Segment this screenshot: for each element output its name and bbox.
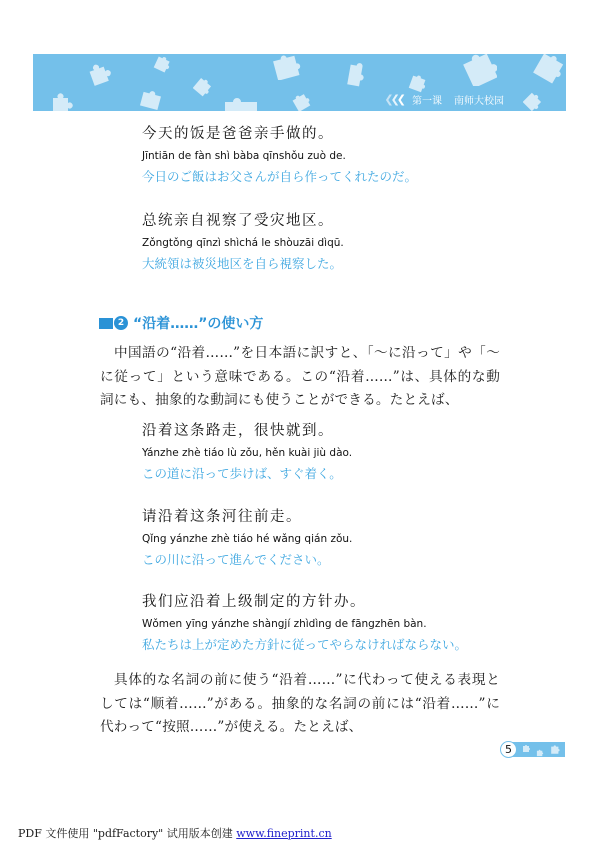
body-paragraph: 中国語の“沿着……”を日本語に訳すと、「～に沿って」や「～に従って」という意味で… [100, 342, 500, 413]
puzzle-piece-icon [271, 54, 303, 80]
chevron-left-icon: ❮❮❮ [384, 93, 403, 106]
example-pinyin: Wǒmen yīng yánzhe shàngjí zhìdìng de fān… [142, 617, 467, 631]
example-block: 请沿着这条河往前走。 Qǐng yánzhe zhè tiáo hé wǎng … [142, 507, 352, 569]
example-chinese: 沿着这条路走，很快就到。 [142, 421, 352, 441]
puzzle-piece-icon [136, 84, 166, 111]
watermark-link[interactable]: www.fineprint.cn [236, 827, 331, 840]
section-title: “沿着……”の使い方 [133, 313, 263, 333]
example-chinese: 请沿着这条河往前走。 [142, 507, 352, 527]
lesson-title: 南师大校园 [454, 92, 504, 107]
example-block: 今天的饭是爸爸亲手做的。 Jīntiān de fàn shì bàba qīn… [142, 124, 417, 186]
page-number: 5 [500, 741, 517, 758]
example-japanese: 大統領は被災地区を自ら視察した。 [142, 255, 344, 273]
section-number: 2 [114, 316, 128, 330]
example-chinese: 总统亲自视察了受灾地区。 [142, 211, 344, 231]
example-pinyin: Qǐng yánzhe zhè tiáo hé wǎng qián zǒu. [142, 532, 352, 546]
section-heading: 2 “沿着……”の使い方 [99, 313, 263, 333]
example-block: 总统亲自视察了受灾地区。 Zǒngtǒng qīnzì shìchá le sh… [142, 211, 344, 273]
puzzle-piece-icon [522, 743, 532, 753]
puzzle-piece-icon [193, 76, 215, 98]
puzzle-piece-icon [523, 92, 545, 111]
page-number-badge: 5 [500, 741, 566, 758]
puzzle-piece-icon [223, 96, 259, 111]
puzzle-piece-icon [345, 60, 371, 90]
example-japanese: 私たちは上が定めた方針に従ってやらなければならない。 [142, 636, 467, 654]
puzzle-piece-icon [153, 54, 173, 74]
puzzle-piece-icon [408, 72, 430, 94]
example-chinese: 今天的饭是爸爸亲手做的。 [142, 124, 417, 144]
example-block: 我们应沿着上级制定的方针办。 Wǒmen yīng yánzhe shàngjí… [142, 592, 467, 654]
puzzle-piece-icon [291, 90, 313, 111]
example-japanese: この道に沿って歩けば、すぐ着く。 [142, 465, 352, 483]
pdf-watermark: PDF 文件使用 "pdfFactory" 试用版本创建 www.finepri… [18, 825, 332, 841]
header-banner: ❮❮❮ 第一课 南师大校园 [33, 54, 566, 111]
puzzle-piece-icon [550, 743, 562, 755]
lesson-header: ❮❮❮ 第一课 南师大校园 [384, 92, 504, 107]
puzzle-piece-icon [49, 90, 77, 111]
puzzle-piece-icon [536, 748, 545, 757]
example-block: 沿着这条路走，很快就到。 Yánzhe zhè tiáo lù zǒu, hěn… [142, 421, 352, 483]
puzzle-piece-icon [463, 54, 497, 86]
watermark-text: PDF 文件使用 "pdfFactory" 试用版本创建 [18, 827, 233, 840]
lesson-number: 第一课 [412, 92, 442, 107]
section-marker-bar [99, 318, 113, 329]
body-paragraph: 具体的な名詞の前に使う“沿着……”に代わって使える表現としては“顺着……”がある… [100, 669, 500, 740]
example-pinyin: Yánzhe zhè tiáo lù zǒu, hěn kuài jiù dào… [142, 446, 352, 460]
puzzle-piece-icon [533, 54, 565, 84]
example-pinyin: Zǒngtǒng qīnzì shìchá le shòuzāi dìqū. [142, 236, 344, 250]
example-japanese: この川に沿って進んでください。 [142, 551, 352, 569]
example-japanese: 今日のご飯はお父さんが自ら作ってくれたのだ。 [142, 168, 417, 186]
example-pinyin: Jīntiān de fàn shì bàba qīnshǒu zuò de. [142, 149, 417, 163]
puzzle-piece-icon [88, 61, 114, 87]
example-chinese: 我们应沿着上级制定的方针办。 [142, 592, 467, 612]
